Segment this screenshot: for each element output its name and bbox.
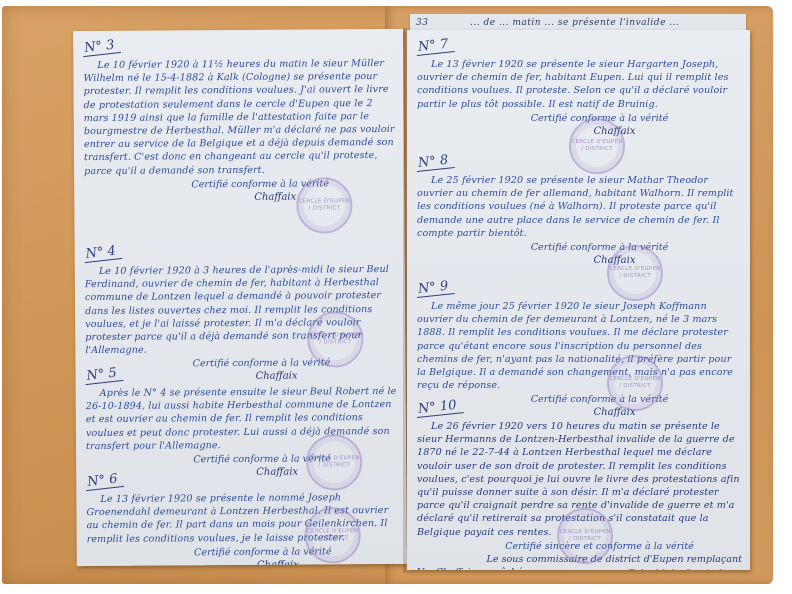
stamp-text: CERCLE D'EUPEN / DISTRICT xyxy=(307,528,359,542)
entry-text: Le 13 février 1920 se présente le sieur … xyxy=(417,58,742,111)
certification: Certifié conforme à la vérité xyxy=(84,178,396,191)
left-note: Vu, Chaffaix empêché xyxy=(417,567,523,570)
entry-number: N° 10 xyxy=(415,397,463,418)
stamp-text: CERCLE D'EUPEN / DISTRICT xyxy=(298,198,350,212)
certification: Certifié conforme à la vérité xyxy=(417,242,742,253)
underlying-page-number: 33 xyxy=(416,18,428,28)
entry-8: N° 8 Le 25 février 1920 se présente le s… xyxy=(417,152,742,266)
official-stamp: CERCLE D'EUPEN / DISTRICT xyxy=(296,177,352,233)
stamp-text: CERCLE D'EUPEN / DISTRICT xyxy=(609,266,661,280)
underlying-page-snippet: ... de ... matin ... se présente l'inval… xyxy=(470,18,679,28)
official-stamp: CERCLE D'EUPEN / DISTRICT xyxy=(557,508,613,564)
entry-text: Le 10 février 1920 à 11½ heures du matin… xyxy=(83,57,396,178)
entry-number: N° 5 xyxy=(84,365,124,385)
certification: Certifié conforme à la vérité xyxy=(417,113,742,124)
stamp-text: CERCLE D'EUPEN / DISTRICT xyxy=(308,455,360,469)
entry-number: N° 6 xyxy=(85,471,125,491)
entry-number: N° 7 xyxy=(415,36,455,56)
signature: Zelvold de Gewind xyxy=(627,569,742,570)
left-register-page: N° 3 Le 10 février 1920 à 11½ heures du … xyxy=(73,29,407,566)
official-stamp: CERCLE D'EUPEN / DISTRICT xyxy=(304,507,360,563)
right-register-page: N° 7 Le 13 février 1920 se présente le s… xyxy=(407,30,750,570)
entry-text: Le 25 février 1920 se présente le sieur … xyxy=(417,174,742,240)
entry-3: N° 3 Le 10 février 1920 à 11½ heures du … xyxy=(83,35,396,204)
official-stamp: CERCLE D'EUPEN / DISTRICT xyxy=(607,355,663,411)
stamp-text: CERCLE D'EUPEN / DISTRICT xyxy=(609,376,661,390)
official-stamp: CERCLE D'EUPEN / DISTRICT xyxy=(307,311,363,367)
stamp-text: CERCLE D'EUPEN / DISTRICT xyxy=(571,139,623,153)
entry-text: Le même jour 25 février 1920 le sieur Jo… xyxy=(417,300,742,392)
official-stamp: CERCLE D'EUPEN / DISTRICT xyxy=(306,434,362,490)
official-stamp: CERCLE D'EUPEN / DISTRICT xyxy=(607,245,663,301)
entry-number: N° 4 xyxy=(83,243,123,263)
stamp-text: CERCLE D'EUPEN / DISTRICT xyxy=(559,529,611,543)
entry-number: N° 9 xyxy=(415,278,455,298)
entry-number: N° 3 xyxy=(82,37,122,57)
entry-number: N° 8 xyxy=(415,152,455,172)
signature: Chaffaix xyxy=(417,255,742,266)
official-stamp: CERCLE D'EUPEN / DISTRICT xyxy=(569,118,625,174)
stamp-text: CERCLE D'EUPEN / DISTRICT xyxy=(309,332,361,346)
entry-7: N° 7 Le 13 février 1920 se présente le s… xyxy=(417,36,742,137)
